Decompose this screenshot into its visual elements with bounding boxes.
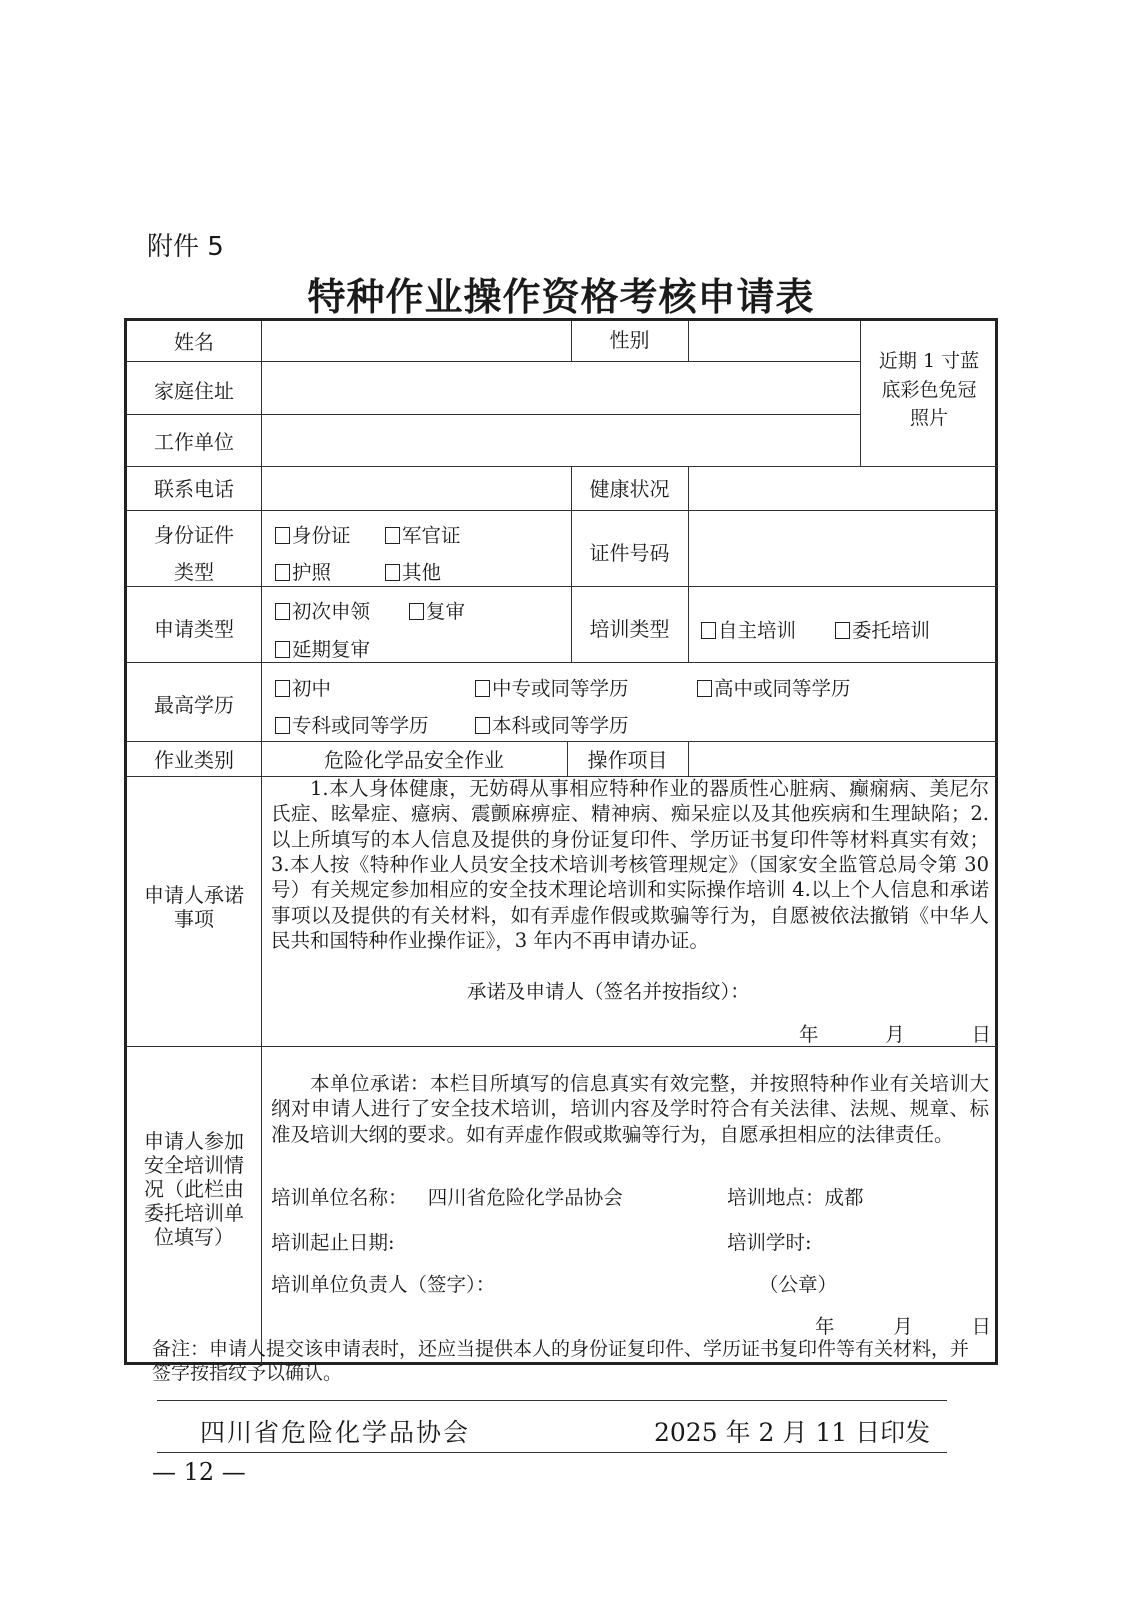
year-label: 年: [815, 1311, 835, 1339]
health-field[interactable]: [690, 468, 996, 508]
checkbox-icon[interactable]: [835, 622, 850, 639]
option-label: 专科或同等学历: [292, 714, 429, 737]
option-label: 身份证: [292, 524, 351, 547]
checkbox-delayed-review[interactable]: 延期复审: [275, 634, 370, 662]
option-label: 高中或同等学历: [714, 677, 851, 700]
job-category-value: 危险化学品安全作业: [261, 745, 567, 776]
photo-note-line: 底彩色免冠: [860, 376, 998, 405]
training-label-line: 委托培训单: [127, 1201, 261, 1225]
checkbox-icon[interactable]: [275, 641, 290, 658]
month-label: 月: [893, 1311, 913, 1339]
health-label: 健康状况: [571, 474, 688, 505]
gender-field[interactable]: [690, 323, 858, 359]
checkbox-entrusted-training[interactable]: 委托培训: [835, 615, 930, 643]
training-place-value: 成都: [825, 1186, 864, 1209]
checkbox-icon[interactable]: [275, 603, 290, 620]
pledge-label-line: 申请人承诺: [127, 883, 261, 907]
gender-label: 性别: [571, 325, 688, 356]
checkbox-passport[interactable]: 护照: [275, 557, 331, 585]
page-title: 特种作业操作资格考核申请表: [124, 266, 998, 321]
checkbox-review[interactable]: 复审: [409, 596, 465, 624]
education-label: 最高学历: [127, 690, 261, 721]
training-label-line: 申请人参加: [127, 1129, 261, 1153]
pledge-signature-label: 承诺及申请人（签名并按指纹）：: [467, 976, 750, 1004]
training-place-row: 培训地点：成都: [727, 1182, 864, 1210]
operation-item-field[interactable]: [690, 743, 996, 775]
training-head-label: 培训单位负责人（签字）：: [271, 1269, 495, 1297]
remarks-note: 备注：申请人提交该申请表时，还应当提供本人的身份证复印件、学历证书复印件等有关材…: [152, 1338, 972, 1386]
option-label: 中专或同等学历: [492, 677, 629, 700]
option-label: 复审: [426, 600, 465, 623]
id-number-field[interactable]: [690, 512, 996, 584]
checkbox-id-card[interactable]: 身份证: [275, 520, 351, 548]
checkbox-first-application[interactable]: 初次申领: [275, 596, 370, 624]
id-type-label-line: 身份证件: [127, 517, 261, 554]
checkbox-icon[interactable]: [275, 564, 290, 581]
id-type-label-line: 类型: [127, 554, 261, 591]
job-category-label: 作业类别: [127, 745, 261, 776]
training-period-label: 培训起止日期:: [271, 1227, 395, 1255]
checkbox-icon[interactable]: [275, 680, 290, 697]
employer-field[interactable]: [263, 416, 858, 465]
footer-org: 四川省危险化学品协会: [200, 1413, 470, 1449]
pledge-date[interactable]: 年 月 日: [799, 1019, 991, 1047]
checkbox-self-training[interactable]: 自主培训: [701, 615, 796, 643]
training-label-line: 位填写）: [127, 1225, 261, 1249]
id-number-label: 证件号码: [571, 538, 688, 569]
photo-placeholder[interactable]: 近期 1 寸蓝 底彩色免冠 照片: [860, 347, 998, 433]
checkbox-junior-high[interactable]: 初中: [275, 673, 331, 701]
day-label: 日: [971, 1311, 991, 1339]
attachment-label: 附件 5: [147, 226, 224, 263]
checkbox-technical-secondary[interactable]: 中专或同等学历: [475, 673, 629, 701]
footer-date: 2025 年 2 月 11 日印发: [654, 1413, 930, 1449]
phone-label: 联系电话: [127, 474, 261, 505]
checkbox-icon[interactable]: [475, 717, 490, 734]
checkbox-icon[interactable]: [701, 622, 716, 639]
training-unit-value: 四川省危险化学品协会: [428, 1186, 623, 1209]
training-hours-label: 培训学时:: [727, 1227, 812, 1255]
checkbox-junior-college[interactable]: 专科或同等学历: [275, 710, 429, 738]
id-type-label: 身份证件 类型: [127, 517, 261, 591]
employer-label: 工作单位: [127, 427, 261, 458]
checkbox-icon[interactable]: [385, 564, 400, 581]
seal-label: （公章）: [759, 1269, 837, 1297]
checkbox-icon[interactable]: [275, 527, 290, 544]
application-form-table: 姓名 性别 近期 1 寸蓝 底彩色免冠 照片 家庭住址 工作单位 联系电话 健康…: [124, 318, 998, 1365]
checkbox-icon[interactable]: [409, 603, 424, 620]
photo-note-line: 近期 1 寸蓝: [860, 347, 998, 376]
pledge-label: 申请人承诺 事项: [127, 883, 261, 931]
checkbox-icon[interactable]: [475, 680, 490, 697]
month-label: 月: [885, 1019, 905, 1047]
training-label-line: 况（此栏由: [127, 1177, 261, 1201]
day-label: 日: [971, 1019, 991, 1047]
footer-divider-top: [157, 1400, 947, 1401]
option-label: 初中: [292, 677, 331, 700]
pledge-text: 1.本人身体健康，无妨碍从事相应特种作业的器质性心脏病、癫痫病、美尼尔氏症、眩晕…: [271, 776, 989, 953]
option-label: 延期复审: [292, 638, 370, 661]
address-label: 家庭住址: [127, 376, 261, 407]
checkbox-icon[interactable]: [275, 717, 290, 734]
phone-field[interactable]: [263, 468, 569, 508]
option-label: 护照: [292, 561, 331, 584]
checkbox-high-school[interactable]: 高中或同等学历: [697, 673, 851, 701]
option-label: 委托培训: [852, 619, 930, 642]
option-label: 其他: [402, 561, 441, 584]
training-date[interactable]: 年 月 日: [815, 1311, 991, 1339]
option-label: 军官证: [402, 524, 461, 547]
option-label: 本科或同等学历: [492, 714, 629, 737]
address-field[interactable]: [263, 363, 858, 413]
checkbox-other[interactable]: 其他: [385, 557, 441, 585]
training-place-label: 培训地点：: [727, 1186, 825, 1209]
training-type-label: 培训类型: [571, 614, 688, 645]
pledge-label-line: 事项: [127, 907, 261, 931]
name-field[interactable]: [263, 323, 569, 359]
training-unit-label: 培训单位名称：: [271, 1186, 408, 1209]
page-number: — 12 —: [152, 1458, 246, 1486]
photo-note-line: 照片: [860, 404, 998, 433]
unit-pledge-text: 本单位承诺：本栏目所填写的信息真实有效完整，并按照特种作业有关培训大纲对申请人进…: [271, 1071, 989, 1147]
year-label: 年: [799, 1019, 819, 1047]
name-label: 姓名: [127, 327, 261, 358]
training-unit-row: 培训单位名称： 四川省危险化学品协会: [271, 1182, 623, 1210]
option-label: 自主培训: [718, 619, 796, 642]
checkbox-icon[interactable]: [697, 680, 712, 697]
checkbox-bachelor[interactable]: 本科或同等学历: [475, 710, 629, 738]
apply-type-label: 申请类型: [127, 614, 261, 645]
training-label-line: 安全培训情: [127, 1153, 261, 1177]
checkbox-icon[interactable]: [385, 527, 400, 544]
footer-divider-bottom: [157, 1452, 947, 1453]
operation-item-label: 操作项目: [567, 745, 688, 776]
checkbox-military-id[interactable]: 军官证: [385, 520, 461, 548]
option-label: 初次申领: [292, 600, 370, 623]
training-section-label: 申请人参加 安全培训情 况（此栏由 委托培训单 位填写）: [127, 1129, 261, 1249]
